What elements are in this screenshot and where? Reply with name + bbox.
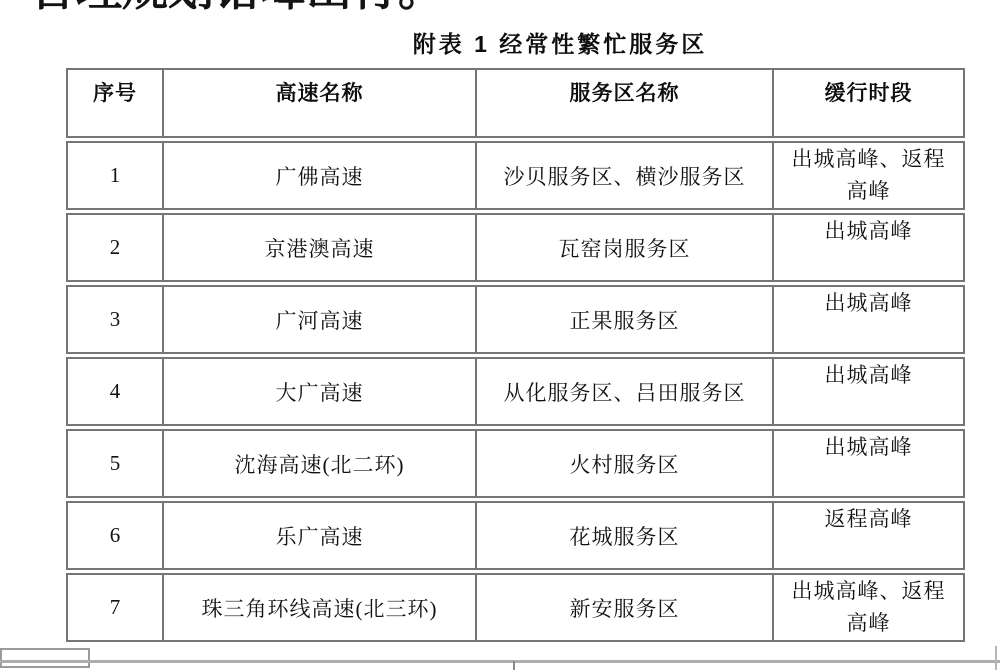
highway-name-cell: 广河高速 (162, 285, 475, 354)
row-number-cell: 7 (66, 573, 162, 642)
highway-name-cell: 京港澳高速 (162, 213, 475, 282)
service-area-cell: 从化服务区、吕田服务区 (475, 357, 772, 426)
table-row: 1 广佛高速 沙贝服务区、横沙服务区 出城高峰、返程 高峰 (66, 141, 965, 210)
row-number-cell: 3 (66, 285, 162, 354)
slow-period-cell: 出城高峰 (772, 285, 965, 354)
table-title: 附表 1 经常性繁忙服务区 (160, 26, 960, 59)
row-number-cell: 1 (66, 141, 162, 210)
service-area-cell: 正果服务区 (475, 285, 772, 354)
service-area-cell: 花城服务区 (475, 501, 772, 570)
page-edge-tick-center (513, 661, 515, 670)
service-area-cell: 沙贝服务区、横沙服务区 (475, 141, 772, 210)
table-row: 5 沈海高速(北二环) 火村服务区 出城高峰 (66, 429, 965, 498)
row-number-cell: 4 (66, 357, 162, 426)
service-area-cell: 火村服务区 (475, 429, 772, 498)
highway-name-cell: 沈海高速(北二环) (162, 429, 475, 498)
col-header-index: 序号 (66, 68, 162, 138)
table-row: 3 广河高速 正果服务区 出城高峰 (66, 285, 965, 354)
page-corner-rectangle (0, 648, 90, 668)
col-header-period: 缓行时段 (772, 68, 965, 138)
table-header-row: 序号 高速名称 服务区名称 缓行时段 (66, 68, 965, 138)
row-number-cell: 6 (66, 501, 162, 570)
highway-name-cell: 乐广高速 (162, 501, 475, 570)
table-row: 6 乐广高速 花城服务区 返程高峰 (66, 501, 965, 570)
service-area-cell: 瓦窑岗服务区 (475, 213, 772, 282)
table-row: 4 大广高速 从化服务区、吕田服务区 出城高峰 (66, 357, 965, 426)
slow-period-cell: 出城高峰 (772, 213, 965, 282)
table-row: 7 珠三角环线高速(北三环) 新安服务区 出城高峰、返程 高峰 (66, 573, 965, 642)
slow-period-cell: 出城高峰、返程 高峰 (772, 573, 965, 642)
row-number-cell: 5 (66, 429, 162, 498)
clipped-paragraph-text: 合理规划错峰出行。 (30, 0, 490, 12)
clipped-paragraph: 合理规划错峰出行。 (30, 0, 490, 13)
col-header-highway: 高速名称 (162, 68, 475, 138)
highway-name-cell: 珠三角环线高速(北三环) (162, 573, 475, 642)
page-edge-tick-right (995, 646, 997, 670)
page-edge-line (0, 660, 1000, 663)
row-number-cell: 2 (66, 213, 162, 282)
slow-period-cell: 出城高峰 (772, 357, 965, 426)
col-header-service-area: 服务区名称 (475, 68, 772, 138)
highway-name-cell: 广佛高速 (162, 141, 475, 210)
slow-period-cell: 出城高峰 (772, 429, 965, 498)
slow-period-cell: 返程高峰 (772, 501, 965, 570)
slow-period-cell: 出城高峰、返程 高峰 (772, 141, 965, 210)
service-area-cell: 新安服务区 (475, 573, 772, 642)
busy-service-areas-table: 序号 高速名称 服务区名称 缓行时段 1 广佛高速 沙贝服务区、横沙服务区 出城… (66, 65, 965, 645)
highway-name-cell: 大广高速 (162, 357, 475, 426)
table-row: 2 京港澳高速 瓦窑岗服务区 出城高峰 (66, 213, 965, 282)
